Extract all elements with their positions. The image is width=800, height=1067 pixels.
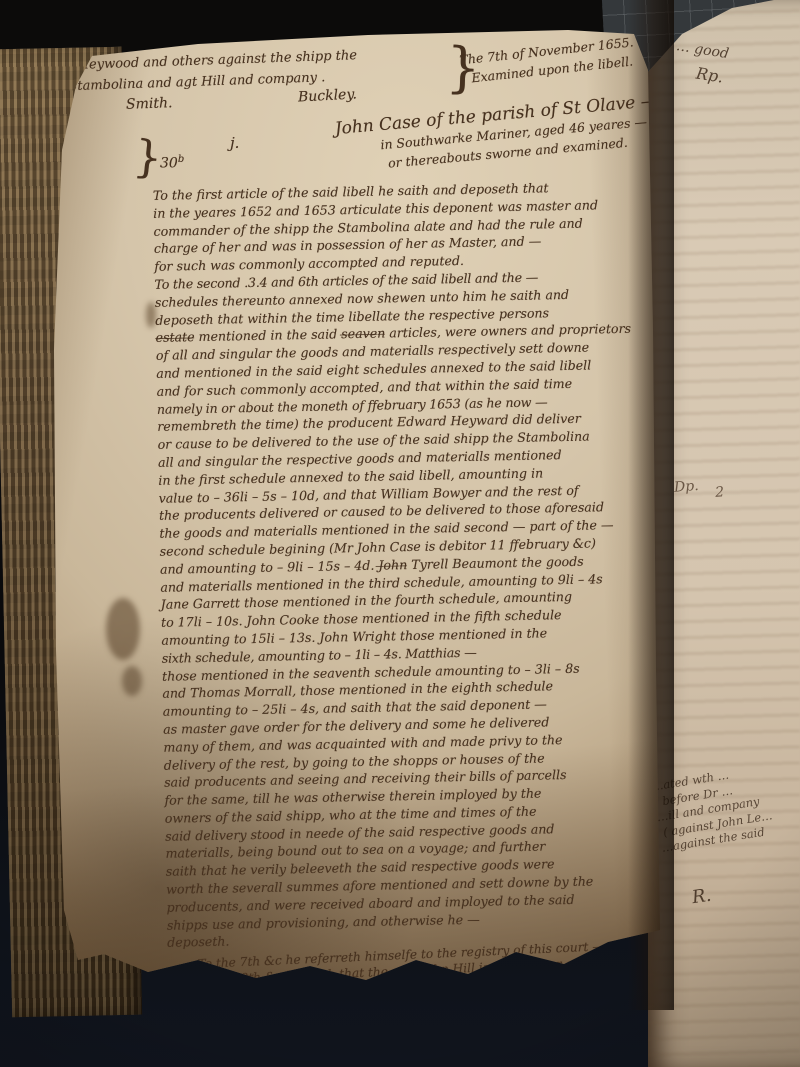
margin-note-flourish: R. <box>691 885 713 908</box>
fee-superscript: b <box>178 154 184 165</box>
margin-mark: j. <box>230 134 239 152</box>
fee-amount: 30 <box>160 156 178 172</box>
gutter-mark: Dp.2 <box>674 476 725 495</box>
ink-stain <box>146 302 156 328</box>
gutter-mark-label: Dp. <box>674 478 700 496</box>
margin-fee-note: 30b <box>160 154 184 172</box>
proctor-name-buckley: Buckley. <box>298 86 358 105</box>
corner-note-line: Rp. <box>694 62 727 90</box>
deposition-body: To the first article of the said libell … <box>153 177 668 952</box>
facing-page-corner-note: … goodRp. <box>671 34 731 90</box>
manuscript-photo-scene: … goodRp. Dp.2 …ated wth …before Dr ……il… <box>0 0 800 1067</box>
ink-stain <box>106 598 140 660</box>
book-gutter-shadow <box>628 0 674 1010</box>
deponent-heading: John Case of the parish of St Olave —in … <box>334 92 662 177</box>
gutter-mark-number: 2 <box>715 484 725 501</box>
ink-stain <box>122 666 142 696</box>
proctor-name-smith: Smith. <box>126 95 173 113</box>
deponent-signature: John Case <box>525 965 624 991</box>
manuscript-page: Heywood and others against the shipp the… <box>48 30 662 1006</box>
